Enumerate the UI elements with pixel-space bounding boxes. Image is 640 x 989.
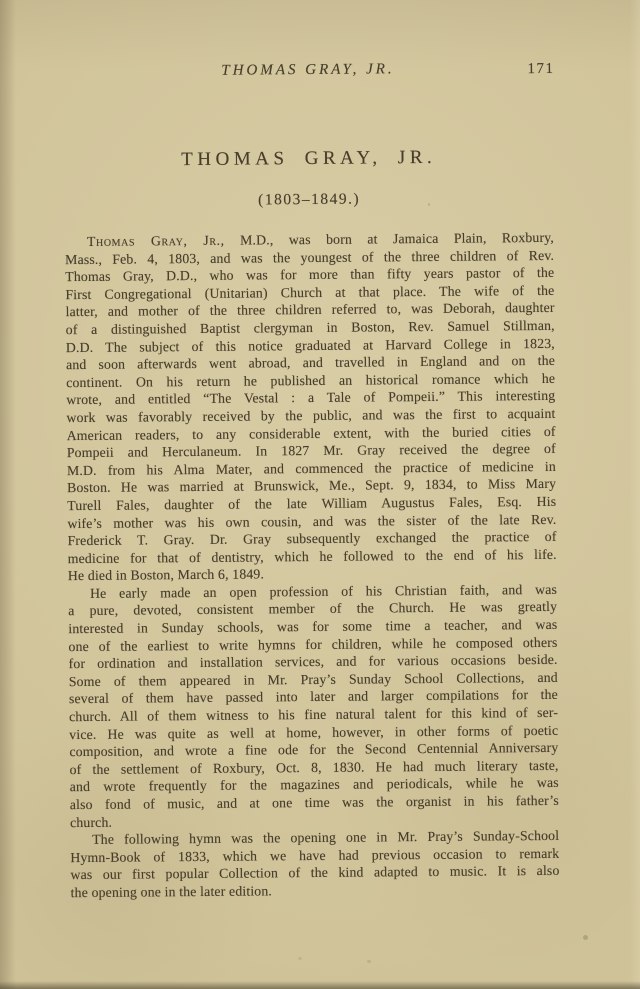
page-edge-shadow-bottom xyxy=(0,981,640,989)
text-line: the opening one in the later edition. xyxy=(71,880,560,902)
running-header-title: THOMAS GRAY, JR. xyxy=(221,61,394,79)
paper-speck xyxy=(298,957,302,960)
page-content: THOMAS GRAY, JR. 171 THOMAS GRAY, JR. (1… xyxy=(63,0,560,902)
paragraph: He early made an open profession of his … xyxy=(68,581,559,832)
page-edge-shadow-left xyxy=(0,0,16,989)
page-number: 171 xyxy=(527,59,554,79)
smallcaps-lead: Thomas Gray, Jr., xyxy=(87,233,225,249)
paragraph: The following hymn was the opening one i… xyxy=(70,827,560,902)
book-page: THOMAS GRAY, JR. 171 THOMAS GRAY, JR. (1… xyxy=(0,0,640,989)
chapter-title: THOMAS GRAY, JR. xyxy=(64,146,553,172)
line-text: M.D., was born at Jamaica Plain, Roxbury… xyxy=(225,230,554,248)
paragraph: Thomas Gray, Jr., M.D., was born at Jama… xyxy=(65,229,557,585)
life-dates: (1803–1849.) xyxy=(65,188,554,212)
page-edge-highlight-right xyxy=(630,0,640,989)
paper-speck xyxy=(367,960,371,963)
running-header: THOMAS GRAY, JR. 171 xyxy=(63,58,552,82)
body-paragraphs: Thomas Gray, Jr., M.D., was born at Jama… xyxy=(65,229,560,902)
paper-speck xyxy=(583,935,588,940)
